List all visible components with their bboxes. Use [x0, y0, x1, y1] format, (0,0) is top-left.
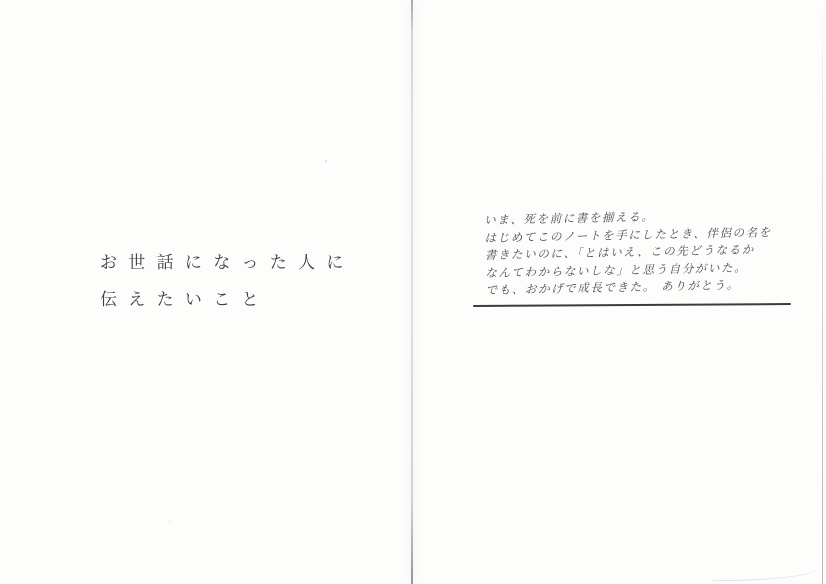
left-page-title: お世話になった人に 伝えたいこと — [100, 244, 355, 318]
page-edge-shadow — [822, 0, 823, 584]
handwritten-note: いま、死を前に書を揃える。 はじめてこのノートを手にしたとき、伴侶の名を 書きた… — [484, 206, 773, 300]
scan-speck — [325, 160, 327, 162]
title-line-1: お世話になった人に — [100, 244, 355, 281]
book-spread: お世話になった人に 伝えたいこと いま、死を前に書を揃える。 はじめてこのノート… — [0, 0, 826, 584]
title-line-2: 伝えたいこと — [100, 281, 355, 318]
handwritten-underline — [473, 303, 791, 307]
scan-speck — [168, 521, 170, 522]
page-corner-curl — [713, 564, 823, 581]
page-gutter-fold — [411, 0, 413, 584]
